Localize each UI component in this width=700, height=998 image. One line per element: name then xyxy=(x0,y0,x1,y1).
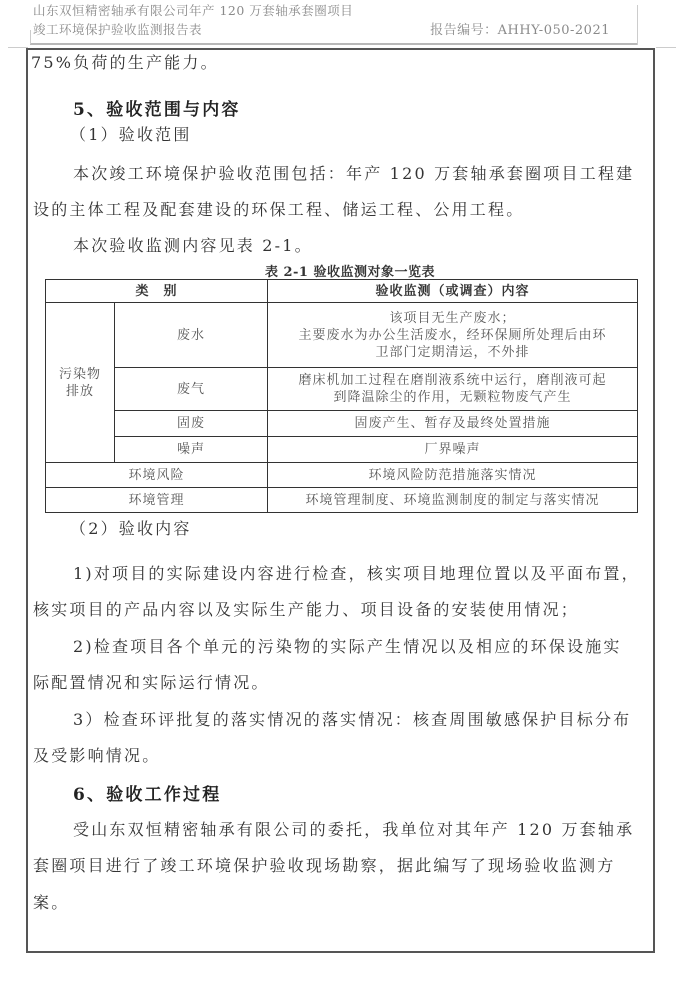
table-reference: 本次验收监测内容见表 2-1。 xyxy=(73,233,313,256)
crop-line-left xyxy=(8,47,28,48)
group-label-line1: 污染物 xyxy=(50,366,110,383)
table-row: 环境风险 环境风险防范措施落实情况 xyxy=(46,463,638,488)
scope-paragraph-line2: 设的主体工程及配套建设的环保工程、储运工程、公用工程。 xyxy=(33,197,524,220)
group-label-line2: 排放 xyxy=(50,383,110,400)
process-paragraph-line2: 套圈项目进行了竣工环境保护验收现场勘察，据此编写了现场验收监测方 xyxy=(33,853,615,876)
header-project-name: 山东双恒精密轴承有限公司年产 120 万套轴承套圈项目 xyxy=(33,1,353,19)
header-category: 类 别 xyxy=(46,280,268,303)
category-cell: 废气 xyxy=(115,368,268,411)
table-row: 固废 固废产生、暂存及最终处置措施 xyxy=(46,411,638,437)
content-cell: 环境管理制度、环境监测制度的制定与落实情况 xyxy=(268,488,638,513)
report-number-label: 报告编号： xyxy=(430,23,498,38)
crop-mark-left xyxy=(30,30,31,44)
item-3-line2: 及受影响情况。 xyxy=(33,743,160,766)
report-number-value: AHHY-050-2021 xyxy=(498,23,610,38)
process-paragraph-line3: 案。 xyxy=(33,890,69,913)
table-row: 污染物 排放 废水 该项目无生产废水； 主要废水为办公生活废水，经环保厕所处理后… xyxy=(46,303,638,368)
section-6-title: 6、验收工作过程 xyxy=(73,780,221,805)
content-line: 该项目无生产废水； xyxy=(272,310,633,327)
table-header-row: 类 别 验收监测（或调查）内容 xyxy=(46,280,638,303)
table-row: 噪声 厂界噪声 xyxy=(46,437,638,463)
category-cell: 固废 xyxy=(115,411,268,437)
table-row: 环境管理 环境管理制度、环境监测制度的制定与落实情况 xyxy=(46,488,638,513)
category-cell: 废水 xyxy=(115,303,268,368)
table-caption: 表 2-1 验收监测对象一览表 xyxy=(0,261,700,280)
item-3-line1: 3）检查环评批复的落实情况的落实情况：核查周围敏感保护目标分布 xyxy=(73,707,631,730)
content-cell: 环境风险防范措施落实情况 xyxy=(268,463,638,488)
category-cell: 噪声 xyxy=(115,437,268,463)
item-2-line1: 2)检查项目各个单元的污染物的实际产生情况以及相应的环保设施实 xyxy=(73,634,622,657)
subsection-2-title: （2）验收内容 xyxy=(70,516,192,539)
section-5-title: 5、验收范围与内容 xyxy=(73,95,241,120)
subsection-1-title: （1）验收范围 xyxy=(70,122,192,145)
content-line: 主要废水为办公生活废水，经环保厕所处理后由环 xyxy=(272,327,633,344)
header-content: 验收监测（或调查）内容 xyxy=(268,280,638,303)
item-1-line2: 核实项目的产品内容以及实际生产能力、项目设备的安装使用情况； xyxy=(33,597,579,620)
category-cell: 环境管理 xyxy=(46,488,268,513)
content-cell: 磨床机加工过程在磨削液系统中运行，磨削液可起 到降温除尘的作用，无颗粒物废气产生 xyxy=(268,368,638,411)
continuation-text: 75%负荷的生产能力。 xyxy=(31,50,219,73)
crop-line-right xyxy=(656,47,676,48)
category-cell: 环境风险 xyxy=(46,463,268,488)
group-pollutant-emission: 污染物 排放 xyxy=(46,303,115,463)
process-paragraph-line1: 受山东双恒精密轴承有限公司的委托，我单位对其年产 120 万套轴承 xyxy=(73,817,634,840)
header-report-type: 竣工环境保护验收监测报告表 xyxy=(33,20,202,38)
table-row: 废气 磨床机加工过程在磨削液系统中运行，磨削液可起 到降温除尘的作用，无颗粒物废… xyxy=(46,368,638,411)
header-rule xyxy=(30,43,638,45)
content-cell: 该项目无生产废水； 主要废水为办公生活废水，经环保厕所处理后由环 卫部门定期清运… xyxy=(268,303,638,368)
item-1-line1: 1)对项目的实际建设内容进行检查，核实项目地理位置以及平面布置， xyxy=(73,561,640,584)
content-cell: 固废产生、暂存及最终处置措施 xyxy=(268,411,638,437)
crop-mark-right xyxy=(637,5,638,45)
content-line: 卫部门定期清运，不外排 xyxy=(272,344,633,361)
content-cell: 厂界噪声 xyxy=(268,437,638,463)
content-line: 磨床机加工过程在磨削液系统中运行，磨削液可起 xyxy=(272,372,633,389)
header-report-number: 报告编号：AHHY-050-2021 xyxy=(430,19,610,38)
content-line: 到降温除尘的作用，无颗粒物废气产生 xyxy=(272,389,633,406)
monitoring-table: 类 别 验收监测（或调查）内容 污染物 排放 废水 该项目无生产废水； 主要废水… xyxy=(45,279,638,513)
scope-paragraph-line1: 本次竣工环境保护验收范围包括：年产 120 万套轴承套圈项目工程建 xyxy=(73,161,634,184)
item-2-line2: 际配置情况和实际运行情况。 xyxy=(33,670,270,693)
